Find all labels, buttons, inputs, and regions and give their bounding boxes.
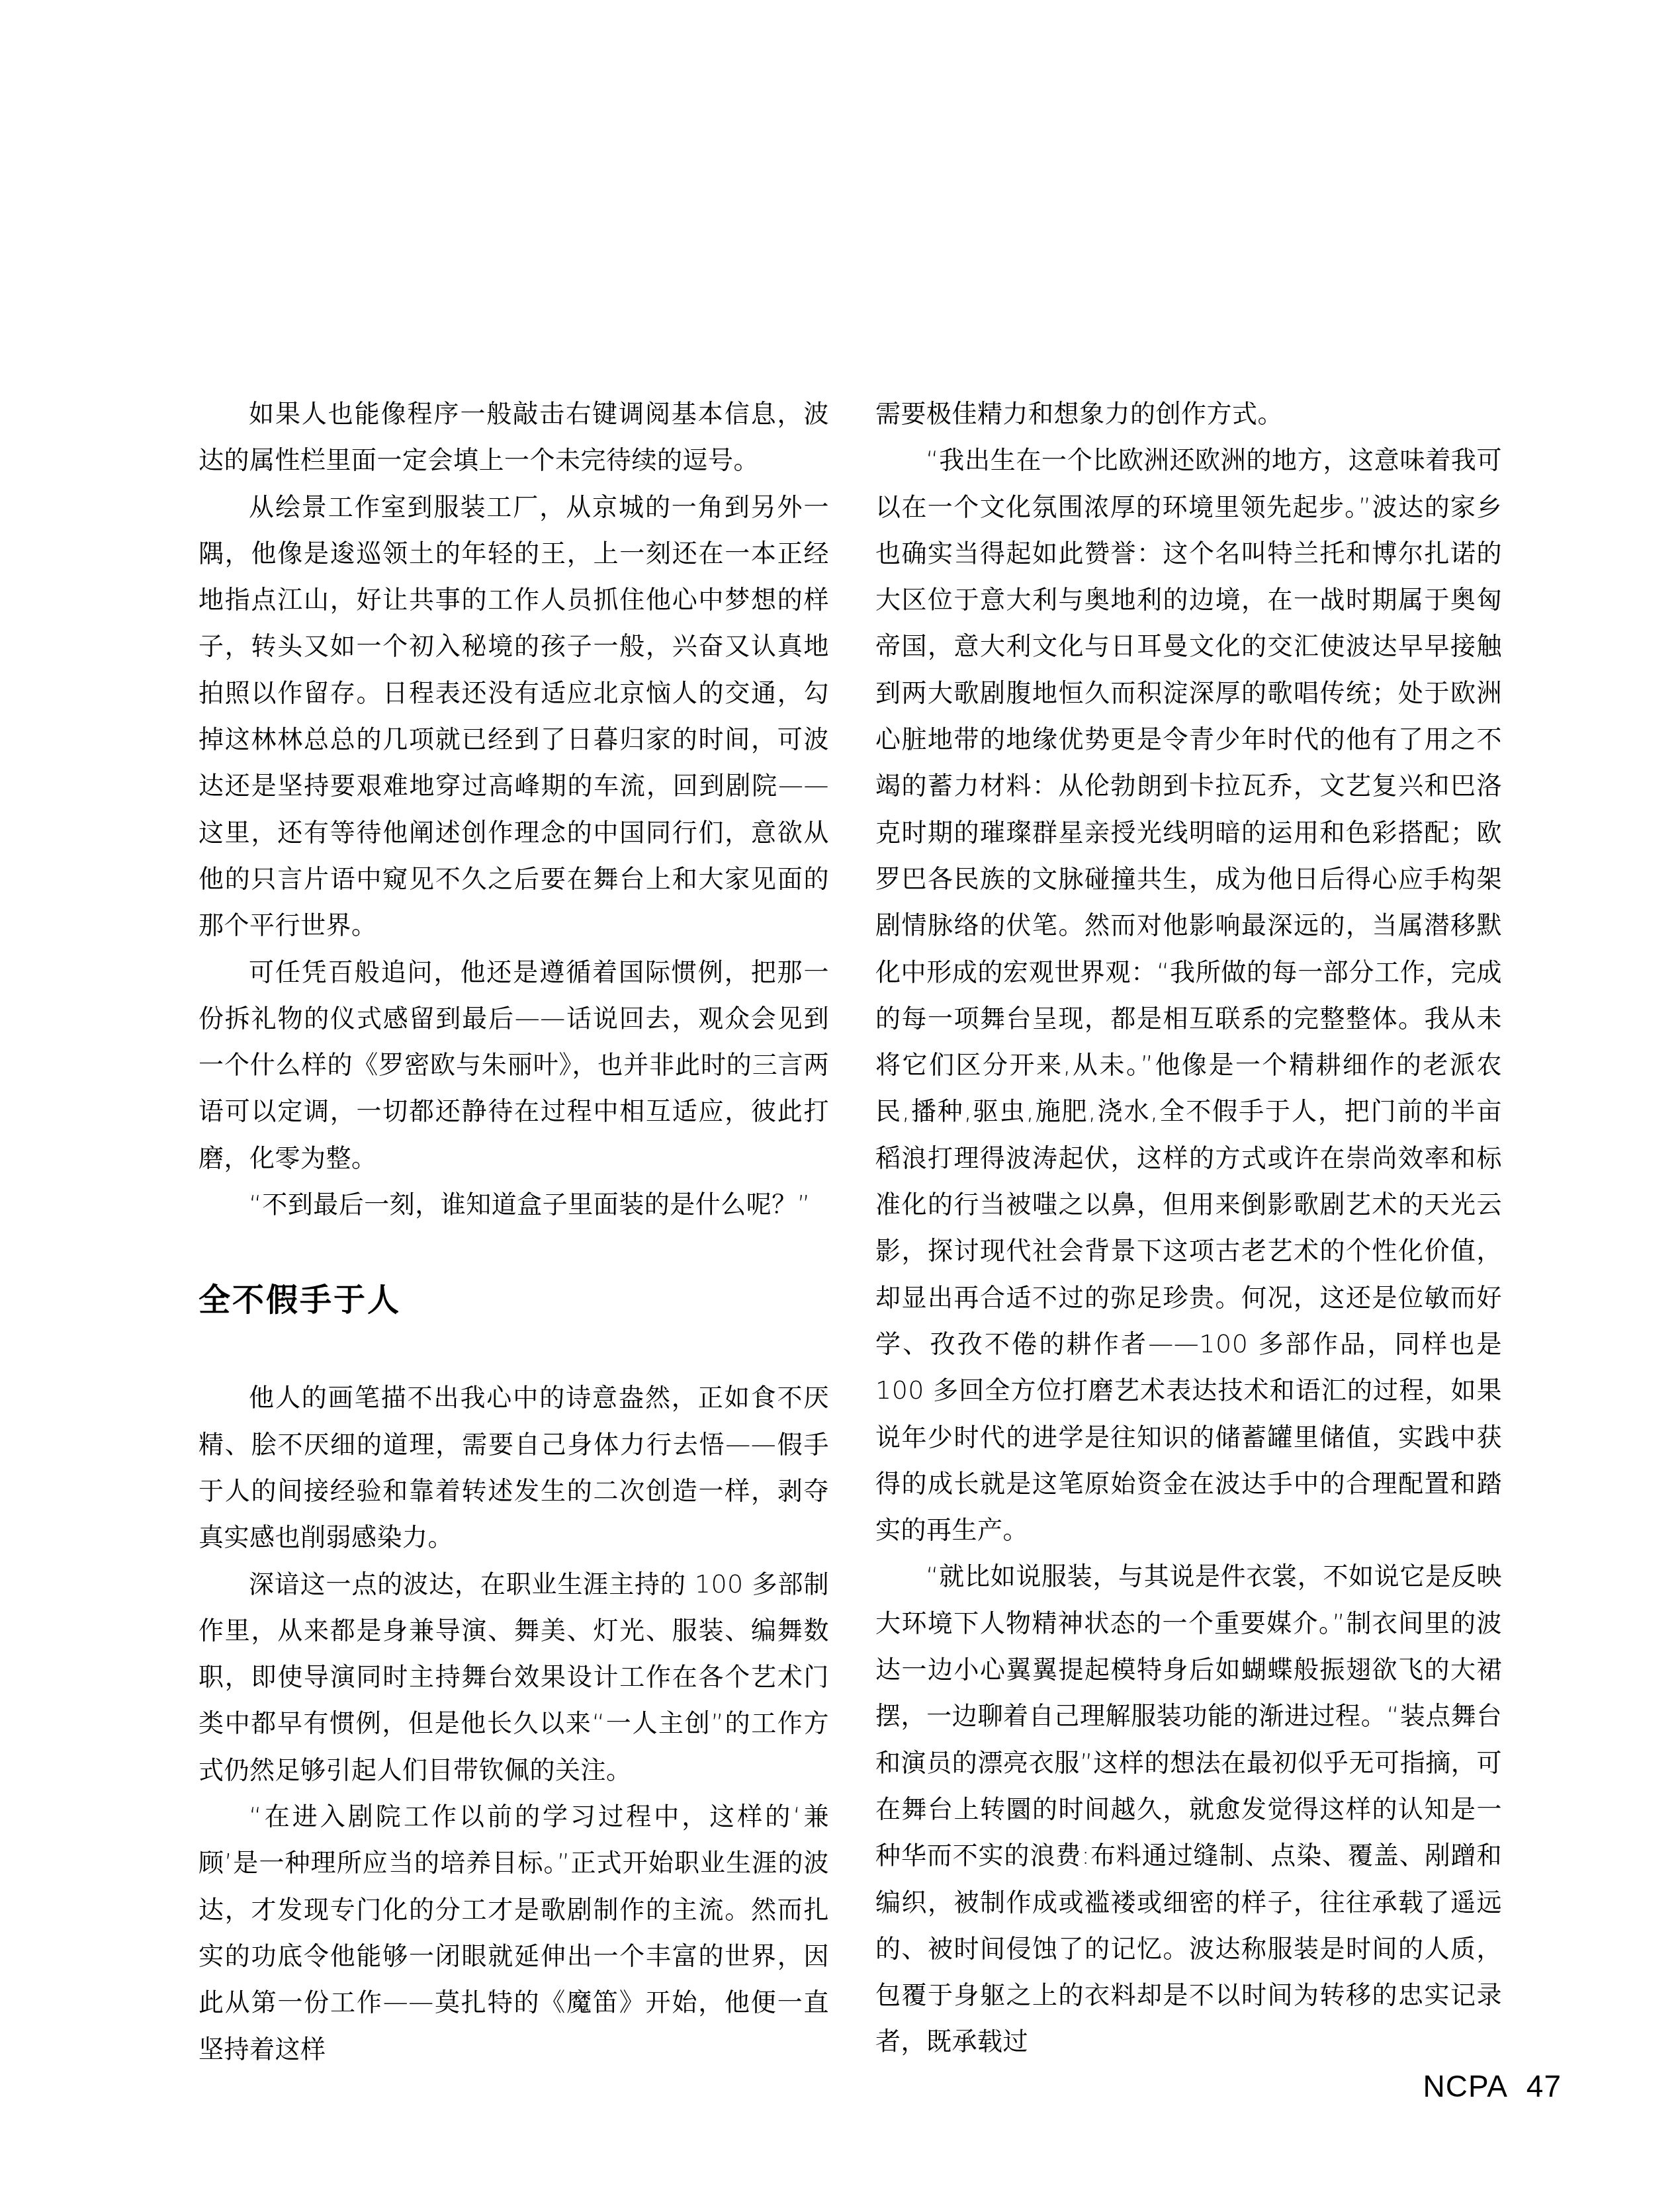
article-paragraph-continuation: 需要极佳精力和想象力的创作方式。 xyxy=(875,390,1502,437)
section-heading: 全不假手于人 xyxy=(199,1280,829,1320)
article-paragraph: 可任凭百般追问，他还是遵循着国际惯例，把那一份拆礼物的仪式感留到最后——话说回去… xyxy=(199,949,829,1181)
article-paragraph: 如果人也能像程序一般敲击右键调阅基本信息，波达的属性栏里面一定会填上一个未完待续… xyxy=(199,390,829,484)
magazine-page: 如果人也能像程序一般敲击右键调阅基本信息，波达的属性栏里面一定会填上一个未完待续… xyxy=(0,0,1680,2188)
article-paragraph: “不到最后一刻，谁知道盒子里面装的是什么呢？” xyxy=(199,1181,829,1227)
article-paragraph: “在进入剧院工作以前的学习过程中，这样的‘兼顾’是一种理所应当的培养目标。”正式… xyxy=(199,1793,829,2072)
article-column-left: 如果人也能像程序一般敲击右键调阅基本信息，波达的属性栏里面一定会填上一个未完待续… xyxy=(199,390,829,2072)
article-column-right: 需要极佳精力和想象力的创作方式。 “我出生在一个比欧洲还欧洲的地方，这意味着我可… xyxy=(875,390,1502,2065)
article-paragraph: 从绘景工作室到服装工厂，从京城的一角到另外一隅，他像是逡巡领土的年轻的王，上一刻… xyxy=(199,484,829,949)
footer-page-number: 47 xyxy=(1526,2069,1562,2103)
article-paragraph: 他人的画笔描不出我心中的诗意盎然，正如食不厌精、脍不厌细的道理，需要自己身体力行… xyxy=(199,1374,829,1560)
footer-brand: NCPA xyxy=(1423,2069,1507,2103)
article-paragraph: 深谙这一点的波达，在职业生涯主持的 100 多部制作里，从来都是身兼导演、舞美、… xyxy=(199,1561,829,1793)
page-footer: NCPA47 xyxy=(1423,2070,1562,2103)
article-paragraph: “就比如说服装，与其说是件衣裳，不如说它是反映大环境下人物精神状态的一个重要媒介… xyxy=(875,1553,1502,2064)
article-paragraph: “我出生在一个比欧洲还欧洲的地方，这意味着我可以在一个文化氛围浓厚的环境里领先起… xyxy=(875,437,1502,1553)
